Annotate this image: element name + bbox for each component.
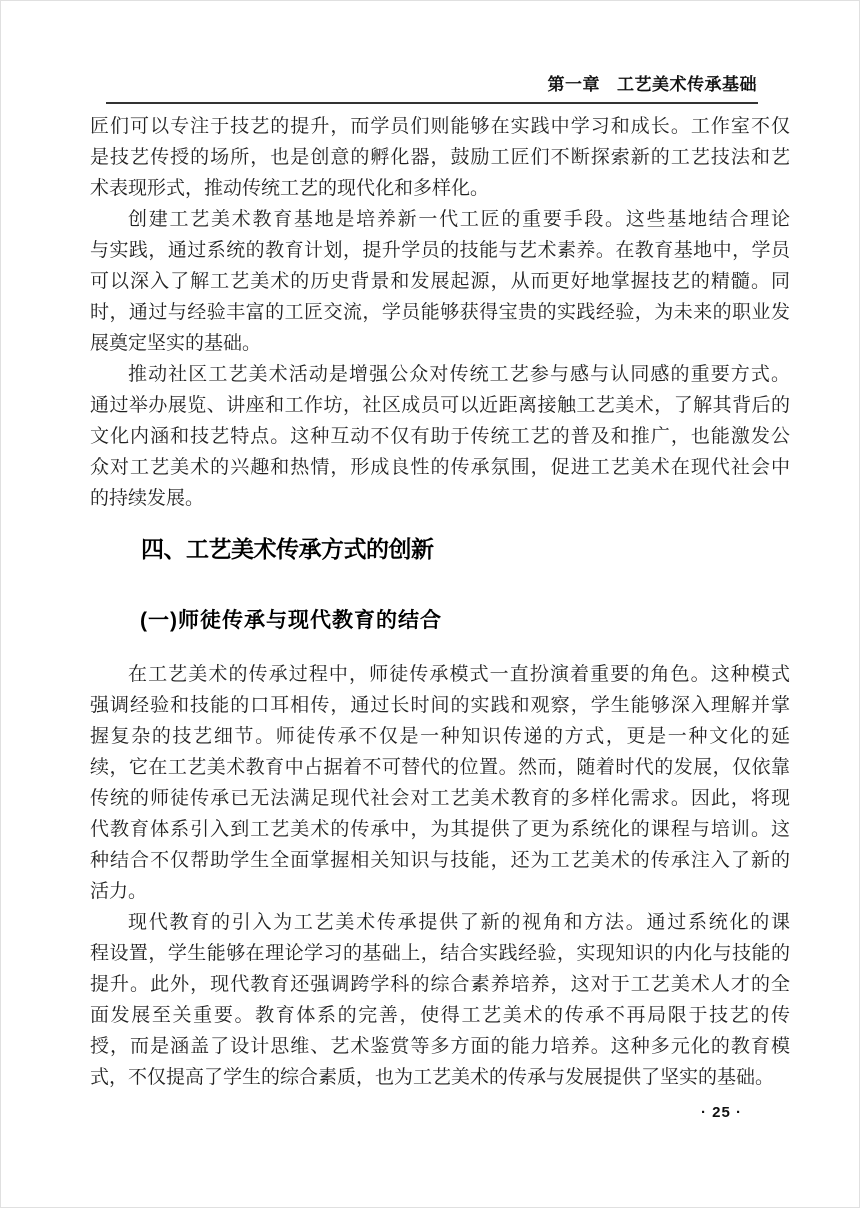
paragraph: 在工艺美术的传承过程中，师徒传承模式一直扮演着重要的角色。这种模式强调经验和技能…: [90, 659, 790, 907]
paragraph-group-top: 匠们可以专注于技艺的提升，而学员们则能够在实践中学习和成长。工作室不仅是技艺传授…: [90, 111, 790, 514]
text-line: 活力。: [90, 876, 790, 907]
paragraph: 现代教育的引入为工艺美术传承提供了新的视角和方法。通过系统化的课程设置，学生能够…: [90, 907, 790, 1093]
section-heading: 四、工艺美术传承方式的创新: [141, 534, 790, 565]
page-body: 匠们可以专注于技艺的提升，而学员们则能够在实践中学习和成长。工作室不仅是技艺传授…: [90, 111, 790, 1121]
text-line: 程设置，学生能够在理论学习的基础上，结合实践经验，实现知识的内化与技能的: [90, 938, 790, 969]
running-header: 第一章工艺美术传承基础: [548, 75, 758, 95]
text-line: 时，通过与经验丰富的工匠交流，学员能够获得宝贵的实践经验，为未来的职业发: [90, 297, 790, 328]
text-line: 代教育体系引入到工艺美术的传承中，为其提供了更为系统化的课程与培训。这: [90, 814, 790, 845]
text-line: 在工艺美术的传承过程中，师徒传承模式一直扮演着重要的角色。这种模式: [90, 659, 790, 690]
text-line: 推动社区工艺美术活动是增强公众对传统工艺参与感与认同感的重要方式。: [90, 359, 790, 390]
paragraph-group-bottom: 在工艺美术的传承过程中，师徒传承模式一直扮演着重要的角色。这种模式强调经验和技能…: [90, 659, 790, 1093]
text-line: 强调经验和技能的口耳相传，通过长时间的实践和观察，学生能够深入理解并掌: [90, 690, 790, 721]
text-line: 种结合不仅帮助学生全面掌握相关知识与技能，还为工艺美术的传承注入了新的: [90, 845, 790, 876]
text-line: 文化内涵和技艺特点。这种互动不仅有助于传统工艺的普及和推广，也能激发公: [90, 421, 790, 452]
text-line: 展奠定坚实的基础。: [90, 328, 790, 359]
text-line: 传统的师徒传承已无法满足现代社会对工艺美术教育的多样化需求。因此，将现: [90, 783, 790, 814]
running-header-chapter: 第一章: [548, 75, 601, 94]
running-header-title: 工艺美术传承基础: [617, 75, 757, 94]
header-rule: [106, 102, 758, 104]
text-line: 匠们可以专注于技艺的提升，而学员们则能够在实践中学习和成长。工作室不仅: [90, 111, 790, 142]
text-line: 授，而是涵盖了设计思维、艺术鉴赏等多方面的能力培养。这种多元化的教育模: [90, 1031, 790, 1062]
text-line: 创建工艺美术教育基地是培养新一代工匠的重要手段。这些基地结合理论: [90, 204, 790, 235]
text-line: 的持续发展。: [90, 483, 790, 514]
text-line: 握复杂的技艺细节。师徒传承不仅是一种知识传递的方式，更是一种文化的延: [90, 721, 790, 752]
document-page: 第一章工艺美术传承基础 匠们可以专注于技艺的提升，而学员们则能够在实践中学习和成…: [0, 0, 860, 1208]
page-number: · 25 ·: [90, 1105, 790, 1121]
text-line: 续，它在工艺美术教育中占据着不可替代的位置。然而，随着时代的发展，仅依靠: [90, 752, 790, 783]
text-line: 众对工艺美术的兴趣和热情，形成良性的传承氛围，促进工艺美术在现代社会中: [90, 452, 790, 483]
text-line: 现代教育的引入为工艺美术传承提供了新的视角和方法。通过系统化的课: [90, 907, 790, 938]
text-line: 提升。此外，现代教育还强调跨学科的综合素养培养，这对于工艺美术人才的全: [90, 969, 790, 1000]
paragraph: 匠们可以专注于技艺的提升，而学员们则能够在实践中学习和成长。工作室不仅是技艺传授…: [90, 111, 790, 204]
subsection-heading: (一)师徒传承与现代教育的结合: [140, 605, 790, 636]
text-line: 式，不仅提高了学生的综合素质，也为工艺美术的传承与发展提供了坚实的基础。: [90, 1062, 790, 1093]
paragraph: 创建工艺美术教育基地是培养新一代工匠的重要手段。这些基地结合理论与实践，通过系统…: [90, 204, 790, 359]
text-line: 是技艺传授的场所，也是创意的孵化器，鼓励工匠们不断探索新的工艺技法和艺: [90, 142, 790, 173]
text-line: 通过举办展览、讲座和工作坊，社区成员可以近距离接触工艺美术，了解其背后的: [90, 390, 790, 421]
text-line: 与实践，通过系统的教育计划，提升学员的技能与艺术素养。在教育基地中，学员: [90, 235, 790, 266]
text-line: 面发展至关重要。教育体系的完善，使得工艺美术的传承不再局限于技艺的传: [90, 1000, 790, 1031]
text-line: 可以深入了解工艺美术的历史背景和发展起源，从而更好地掌握技艺的精髓。同: [90, 266, 790, 297]
text-line: 术表现形式，推动传统工艺的现代化和多样化。: [90, 173, 790, 204]
paragraph: 推动社区工艺美术活动是增强公众对传统工艺参与感与认同感的重要方式。通过举办展览、…: [90, 359, 790, 514]
